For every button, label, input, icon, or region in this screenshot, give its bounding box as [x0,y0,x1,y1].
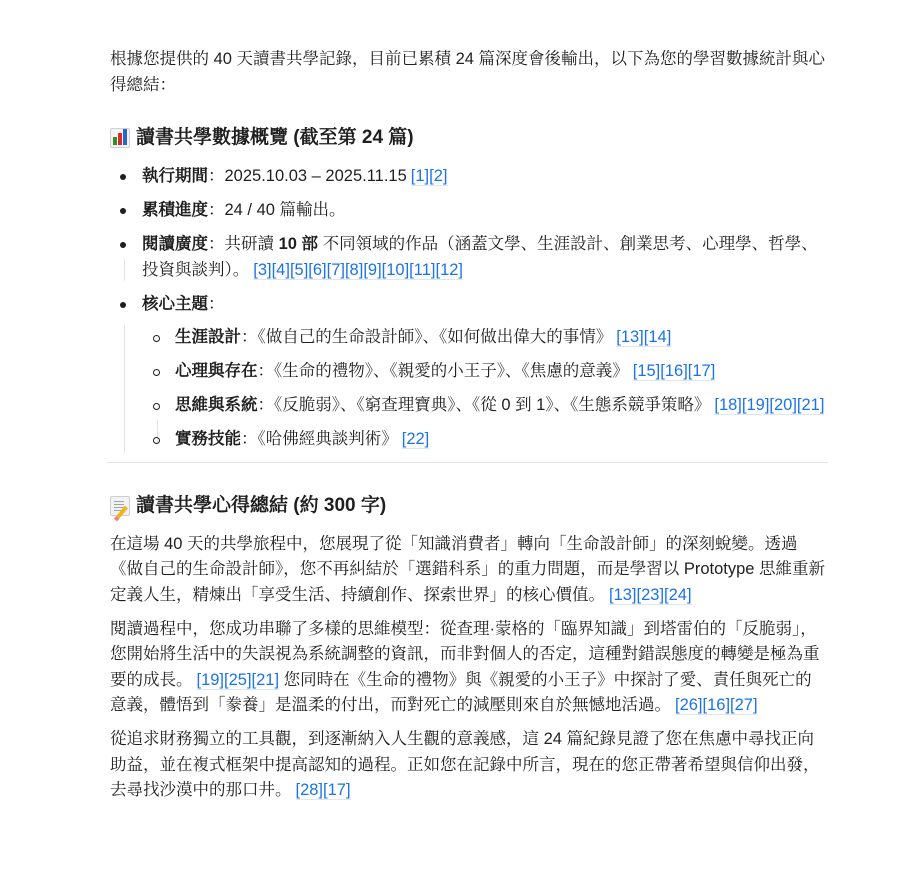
item-sep: ： [208,235,225,253]
subitem-text: ：《做自己的生命設計師》、《如何做出偉大的事情》 [241,328,612,346]
summary-paragraph: 在這場 40 天的共學旅程中，您展現了從「知識消費者」轉向「生命設計師」的深刻蛻… [110,532,828,609]
summary-paragraph: 閱讀過程中，您成功串聯了多樣的思維模型：從查理·蒙格的「臨界知識」到塔雷伯的「反… [110,617,828,719]
sublist-item-psychology: 心理與存在：《生命的禮物》、《親愛的小王子》、《焦慮的意義》[15][16][1… [175,359,828,385]
list-item-period: 執行期間：2025.10.03 – 2025.11.15[1][2] [142,164,828,190]
item-text: 共研讀 [225,235,279,253]
citation-link[interactable]: [13][14] [616,328,671,347]
item-sep: ： [208,167,225,185]
item-key: 執行期間 [142,167,208,185]
citation-link[interactable]: [28][17] [296,781,351,800]
subitem-text: ：《哈佛經典談判術》 [241,430,398,448]
item-key: 閱讀廣度 [142,235,208,253]
sublist-item-skills: 實務技能：《哈佛經典談判術》[22] [175,427,828,453]
item-sep: ： [208,295,225,313]
summary-heading-text: 讀書共學心得總結 (約 300 字) [136,492,386,520]
summary-body: 在這場 40 天的共學旅程中，您展現了從「知識消費者」轉向「生命設計師」的深刻蛻… [110,532,828,804]
item-key: 累積進度 [142,201,208,219]
citation-link[interactable]: [3][4][5][6][7][8][9][10][11][12] [253,261,463,280]
sublist-item-career: 生涯設計：《做自己的生命設計師》、《如何做出偉大的事情》[13][14] [175,325,828,351]
stats-heading-text: 讀書共學數據概覽 (截至第 24 篇) [136,124,414,152]
stats-list: 執行期間：2025.10.03 – 2025.11.15[1][2] 累積進度：… [110,164,828,453]
response-content: 根據您提供的 40 天讀書共學記錄，目前已累積 24 篇深度會後輸出，以下為您的… [110,47,828,812]
list-item-breadth: 閱讀廣度：共研讀 10 部 不同領域的作品（涵蓋文學、生涯設計、創業思考、心理學… [142,232,828,283]
item-key: 核心主題 [142,295,208,313]
subitem-text: ：《反脆弱》、《窮查理寶典》、《從 0 到 1》、《生態系競爭策略》 [258,396,711,414]
item-bold: 10 部 [279,235,318,253]
stats-heading: 讀書共學數據概覽 (截至第 24 篇) [110,124,828,152]
citation-link[interactable]: [18][19][20][21] [714,396,824,415]
paragraph-text: 在這場 40 天的共學旅程中，您展現了從「知識消費者」轉向「生命設計師」的深刻蛻… [110,535,825,604]
list-item-themes: 核心主題： 生涯設計：《做自己的生命設計師》、《如何做出偉大的事情》[13][1… [142,292,828,453]
summary-heading: 讀書共學心得總結 (約 300 字) [110,492,828,520]
subitem-key: 實務技能 [175,430,241,448]
citation-link[interactable]: [22] [402,430,430,449]
thread-guide-line [124,259,125,281]
citation-link[interactable]: [15][16][17] [633,362,716,381]
subitem-text: ：《生命的禮物》、《親愛的小王子》、《焦慮的意義》 [258,362,629,380]
item-sep: ： [208,201,225,219]
themes-sublist: 生涯設計：《做自己的生命設計師》、《如何做出偉大的事情》[13][14] 心理與… [124,325,828,453]
subitem-key: 生涯設計 [175,328,241,346]
citation-link[interactable]: [19][25][21] [197,671,280,690]
list-item-progress: 累積進度：24 / 40 篇輸出。 [142,198,828,224]
summary-paragraph: 從追求財務獨立的工具觀，到逐漸納入人生觀的意義感，這 24 篇紀錄見證了您在焦慮… [110,727,828,804]
item-text: 24 / 40 篇輸出。 [225,201,346,219]
subitem-key: 思維與系統 [175,396,258,414]
memo-icon [110,496,130,516]
citation-link[interactable]: [1][2] [411,167,448,186]
sublist-item-thinking: 思維與系統：《反脆弱》、《窮查理寶典》、《從 0 到 1》、《生態系競爭策略》[… [175,393,828,419]
intro-paragraph: 根據您提供的 40 天讀書共學記錄，目前已累積 24 篇深度會後輸出，以下為您的… [110,47,828,98]
section-divider [107,462,828,463]
bar-chart-icon [110,128,130,148]
citation-link[interactable]: [26][16][27] [675,696,758,715]
item-text: 2025.10.03 – 2025.11.15 [225,167,407,185]
subitem-key: 心理與存在 [175,362,258,380]
citation-link[interactable]: [13][23][24] [609,586,692,605]
paragraph-text: 從追求財務獨立的工具觀，到逐漸納入人生觀的意義感，這 24 篇紀錄見證了您在焦慮… [110,730,820,799]
